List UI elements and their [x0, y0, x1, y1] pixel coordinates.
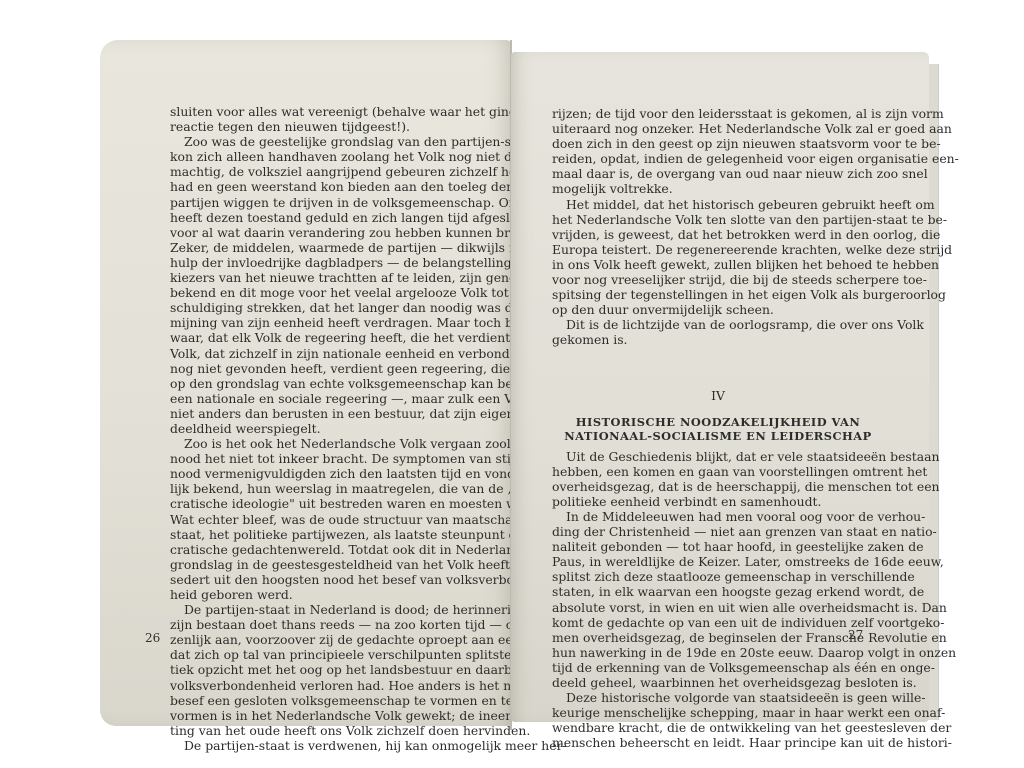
text-line: reiden, opdat, indien de gelegenheid voo… [552, 151, 884, 166]
text-line: kon zich alleen handhaven zoolang het Vo… [170, 149, 514, 164]
text-line: zijn bestaan doet thans reeds — na zoo k… [170, 617, 514, 632]
left-page: sluiten voor alles wat vereenigt (behalv… [100, 40, 512, 726]
paragraph: Het middel, dat het historisch gebeuren … [552, 197, 884, 318]
text-line: Uit de Geschiedenis blijkt, dat er vele … [552, 449, 884, 464]
text-line: heid geboren werd. [170, 587, 514, 602]
text-line: bekend en dit moge voor het veelal argel… [170, 285, 514, 300]
text-line: Wat echter bleef, was de oude structuur … [170, 512, 514, 527]
text-line: heeft dezen toestand geduld en zich lang… [170, 210, 514, 225]
text-line: men overheidsgezag, de beginselen der Fr… [552, 630, 884, 645]
text-line: doen zich in den geest op zijn nieuwen s… [552, 136, 884, 151]
text-line: Zeker, de middelen, waarmede de partijen… [170, 240, 514, 255]
text-line: voor al wat daarin verandering zou hebbe… [170, 225, 514, 240]
text-line: voor nog vreeselijker strijd, die bij de… [552, 272, 884, 287]
text-line: deeld geheel, waarbinnen het overheidsge… [552, 675, 884, 690]
text-line: op den grondslag van echte volksgemeensc… [170, 376, 514, 391]
text-line: Paus, in wereldlijke de Keizer. Later, o… [552, 554, 884, 569]
chapter-title-line-2: NATIONAAL-SOCIALISME EN LEIDERSCHAP [552, 429, 884, 443]
text-line: Europa teistert. De regenereerende krach… [552, 242, 884, 257]
left-page-text: sluiten voor alles wat vereenigt (behalv… [170, 104, 514, 753]
paragraph: Deze historische volgorde van staatsidee… [552, 690, 884, 750]
text-line: nog niet gevonden heeft, verdient geen r… [170, 361, 514, 376]
text-line: De partijen-staat in Nederland is dood; … [170, 602, 514, 617]
text-line: tiek opzicht met het oog op het landsbes… [170, 662, 514, 677]
text-line: maal daar is, de overgang van oud naar n… [552, 166, 884, 181]
text-line: Zoo was de geestelijke grondslag van den… [170, 134, 514, 149]
page-number-right: 27 [848, 628, 863, 642]
text-line: zenlijk aan, voorzoover zij de gedachte … [170, 632, 514, 647]
text-line: in ons Volk heeft gewekt, zullen blijken… [552, 257, 884, 272]
text-line: dat zich op tal van principieele verschi… [170, 647, 514, 662]
paragraph: De partijen-staat in Nederland is dood; … [170, 602, 514, 738]
text-line: In de Middeleeuwen had men vooral oog vo… [552, 509, 884, 524]
text-line: staat, het politieke partijwezen, als la… [170, 527, 514, 542]
paragraph: Zoo is het ook het Nederlandsche Volk ve… [170, 436, 514, 602]
text-line: besef een gesloten volksgemeenschap te v… [170, 693, 514, 708]
page-number-left: 26 [145, 631, 160, 645]
paragraph: Uit de Geschiedenis blijkt, dat er vele … [552, 449, 884, 509]
paragraph: In de Middeleeuwen had men vooral oog vo… [552, 509, 884, 690]
text-line: gekomen is. [552, 332, 884, 347]
right-page-text: rijzen; de tijd voor den leidersstaat is… [552, 106, 884, 750]
text-line: nood het niet tot inkeer bracht. De symp… [170, 451, 514, 466]
text-line: wendbare kracht, die de ontwikkeling van… [552, 720, 884, 735]
text-line: overheidsgezag, dat is de heerschappij, … [552, 479, 884, 494]
text-line: uiteraard nog onzeker. Het Nederlandsche… [552, 121, 884, 136]
text-line: rijzen; de tijd voor den leidersstaat is… [552, 106, 884, 121]
paragraph: sluiten voor alles wat vereenigt (behalv… [170, 104, 514, 134]
text-line: hun nawerking in de 19de en 20ste eeuw. … [552, 645, 884, 660]
right-page: rijzen; de tijd voor den leidersstaat is… [511, 52, 929, 722]
chapter-title: HISTORISCHE NOODZAKELIJKHEID VAN NATIONA… [552, 415, 884, 443]
text-line: lijk bekend, hun weerslag in maatregelen… [170, 481, 514, 496]
text-line: Deze historische volgorde van staatsidee… [552, 690, 884, 705]
text-line: absolute vorst, in wien en uit wien alle… [552, 600, 884, 615]
text-line: nood vermenigvuldigden zich den laatsten… [170, 466, 514, 481]
text-line: een nationale en sociale regeering —, ma… [170, 391, 514, 406]
paragraphs-after-chapter: Uit de Geschiedenis blijkt, dat er vele … [552, 449, 884, 751]
text-line: sluiten voor alles wat vereenigt (behalv… [170, 104, 514, 119]
paragraphs-before-chapter: rijzen; de tijd voor den leidersstaat is… [552, 106, 884, 348]
text-line: staten, in elk waarvan een hoogste gezag… [552, 584, 884, 599]
text-line: Zoo is het ook het Nederlandsche Volk ve… [170, 436, 514, 451]
text-line: Dit is de lichtzijde van de oorlogsramp,… [552, 317, 884, 332]
text-line: spitsing der tegenstellingen in het eige… [552, 287, 884, 302]
text-line: schuldiging strekken, dat het langer dan… [170, 300, 514, 315]
chapter-title-line-1: HISTORISCHE NOODZAKELIJKHEID VAN [552, 415, 884, 429]
text-line: het Nederlandsche Volk ten slotte van de… [552, 212, 884, 227]
text-line: waar, dat elk Volk de regeering heeft, d… [170, 330, 514, 345]
text-line: grondslag in de geestesgesteldheid van h… [170, 557, 514, 572]
text-line: vrijden, is geweest, dat het betrokken w… [552, 227, 884, 242]
text-line: niet anders dan berusten in een bestuur,… [170, 406, 514, 421]
text-line: De partijen-staat is verdwenen, hij kan … [170, 738, 514, 753]
text-line: komt de gedachte op van een uit de indiv… [552, 615, 884, 630]
text-line: sedert uit den hoogsten nood het besef v… [170, 572, 514, 587]
text-line: keurige menschelijke schepping, maar in … [552, 705, 884, 720]
text-line: hebben, een komen en gaan van voorstelli… [552, 464, 884, 479]
text-line: politieke eenheid verbindt en samenhoudt… [552, 494, 884, 509]
text-line: Het middel, dat het historisch gebeuren … [552, 197, 884, 212]
text-line: hulp der invloedrijke dagbladpers — de b… [170, 255, 514, 270]
text-line: deeldheid weerspiegelt. [170, 421, 514, 436]
text-line: tijd de erkenning van de Volksgemeenscha… [552, 660, 884, 675]
text-line: vormen is in het Nederlandsche Volk gewe… [170, 708, 514, 723]
text-line: reactie tegen den nieuwen tijdgeest!). [170, 119, 514, 134]
text-line: op den duur onvermijdelijk scheen. [552, 302, 884, 317]
text-line: naliteit gebonden — tot haar hoofd, in g… [552, 539, 884, 554]
text-line: mijning van zijn eenheid heeft verdragen… [170, 315, 514, 330]
text-line: splitst zich deze staatlooze gemeenschap… [552, 569, 884, 584]
text-line: kiezers van het nieuwe trachtten af te l… [170, 270, 514, 285]
text-line: ding der Christenheid — niet aan grenzen… [552, 524, 884, 539]
paragraph: rijzen; de tijd voor den leidersstaat is… [552, 106, 884, 197]
text-line: cratische ideologie" uit bestreden waren… [170, 496, 514, 511]
text-line: partijen wiggen te drijven in de volksge… [170, 195, 514, 210]
paragraph: De partijen-staat is verdwenen, hij kan … [170, 738, 514, 753]
chapter-number: IV [552, 388, 884, 403]
text-line: had en geen weerstand kon bieden aan den… [170, 179, 514, 194]
text-line: cratische gedachtenwereld. Totdat ook di… [170, 542, 514, 557]
paragraph: Dit is de lichtzijde van de oorlogsramp,… [552, 317, 884, 347]
paragraph: Zoo was de geestelijke grondslag van den… [170, 134, 514, 436]
text-line: volksverbondenheid verloren had. Hoe and… [170, 678, 514, 693]
text-line: machtig, de volksziel aangrijpend gebeur… [170, 164, 514, 179]
text-line: ting van het oude heeft ons Volk zichzel… [170, 723, 514, 738]
text-line: menschen beheerscht en leidt. Haar princ… [552, 735, 884, 750]
text-line: Volk, dat zichzelf in zijn nationale een… [170, 346, 514, 361]
text-line: mogelijk voltrekke. [552, 181, 884, 196]
